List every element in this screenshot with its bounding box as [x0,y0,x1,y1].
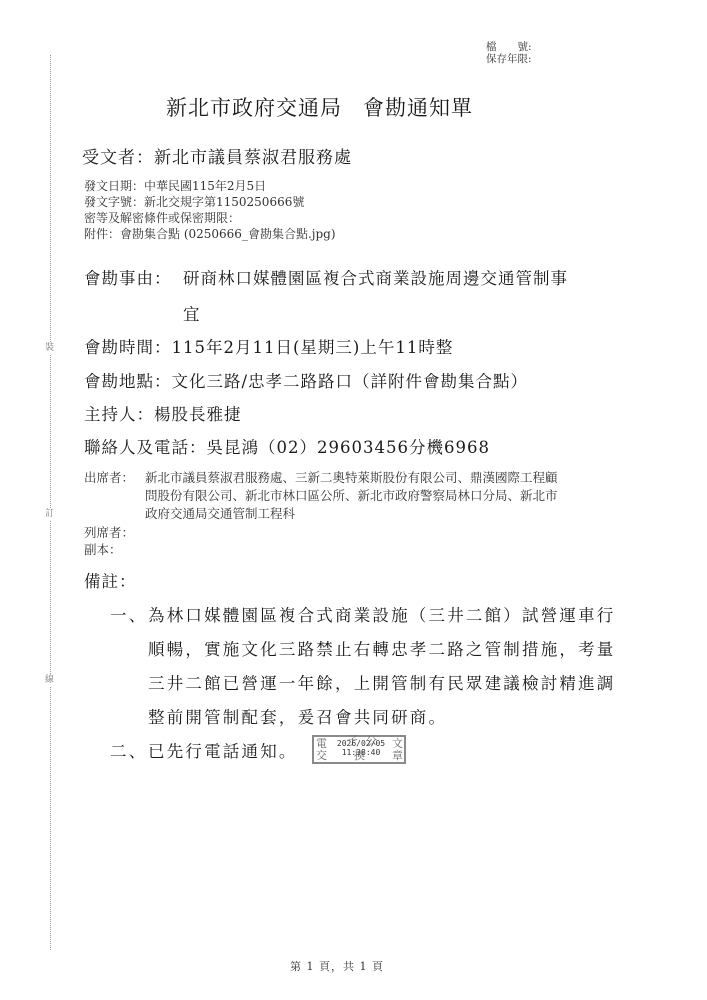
observers-label: 列席者： [84,524,134,541]
stamp-char-jiao: 交 [316,750,327,762]
remark-2-prefix: 二、 [110,738,147,762]
attendees-line-3: 政府交通局交通管制工程科 [145,505,295,522]
recipient-value: 新北市議員蔡淑君服務處 [154,148,352,168]
binding-margin-line [50,55,51,950]
attendees-label: 出席者： [84,469,134,486]
place-label: 會勘地點： [84,372,172,391]
time-value: 115年2月11日(星期三)上午11時整 [172,338,454,357]
classification: 密等及解密條件或保密期限： [84,211,240,226]
contact-line: 聯絡人及電話：吳昆鴻（02）29603456分機6968 [84,434,490,458]
host-value: 楊股長雅捷 [154,405,242,424]
stamp-timestamp: 2026/02/05 11:38:40 [336,739,386,757]
time-label: 會勘時間： [84,338,172,357]
binding-label-zhuang: 裝 [45,342,54,355]
attendees-line-2: 問股份有限公司、新北市林口區公所、新北市政府警察局林口分局、新北市 [145,487,558,504]
document-number: 發文字號：新北交規字第1150250666號 [84,195,304,210]
archive-retention-label: 保存年限: [486,53,532,65]
stamp-char-zhang: 章 [392,750,403,762]
archive-file-number-label: 檔 號: [486,41,532,53]
contact-value: 吳昆鴻（02）29603456分機6968 [207,438,490,457]
attendees-line-1: 新北市議員蔡淑君服務處、三新二奧特萊斯股份有限公司、鼎漢國際工程顧 [145,469,558,486]
time-line: 會勘時間：115年2月11日(星期三)上午11時整 [84,334,453,358]
stamp-time: 11:38:40 [342,748,381,757]
binding-label-ding: 訂 [45,508,54,521]
subject-line-1: 研商林口媒體園區複合式商業設施周邊交通管制事 [183,265,568,289]
page-info: 第 1 頁，共 1 頁 [290,958,384,974]
subject-label: 會勘事由： [84,265,172,289]
recipient-line: 受文者：新北市議員蔡淑君服務處 [82,143,352,168]
agency-name: 新北市政府交通局 [166,92,342,122]
place-line: 會勘地點：文化三路/忠孝二路路口（詳附件會勘集合點） [84,368,528,392]
binding-label-xian: 線 [45,674,54,687]
attachment: 附件：會勘集合點 (0250666_會勘集合點.jpg) [84,227,336,242]
remark-1-line-3: 三井二館已營運一年餘，上開管制有民眾建議檢討精進調 [148,670,616,694]
contact-label: 聯絡人及電話： [84,438,207,457]
issue-date: 發文日期：中華民國115年2月5日 [84,179,266,194]
document-type-title: 會勘通知單 [363,92,473,122]
remark-1-line-2: 順暢，實施文化三路禁止右轉忠孝二路之管制措施，考量 [148,636,616,660]
host-line: 主持人：楊股長雅捷 [84,401,242,425]
recipient-label: 受文者： [82,148,154,168]
remark-1-line-1: 為林口媒體園區複合式商業設施（三井二館）試營運車行 [148,602,616,626]
subject-line-2: 宜 [183,301,201,325]
remark-2-text: 已先行電話通知。 [148,738,298,762]
host-label: 主持人： [84,405,154,424]
electronic-exchange-stamp: 電 子 公 文 交 換 章 2026/02/05 11:38:40 [312,735,406,764]
remark-1-line-4: 整前開管制配套，爰召會共同研商。 [148,704,447,728]
remark-1-prefix: 一、 [110,602,147,626]
copies-label: 副本： [84,541,122,558]
stamp-date: 2026/02/05 [337,739,385,748]
remarks-label: 備註： [84,568,137,592]
place-value: 文化三路/忠孝二路路口（詳附件會勘集合點） [172,372,529,391]
